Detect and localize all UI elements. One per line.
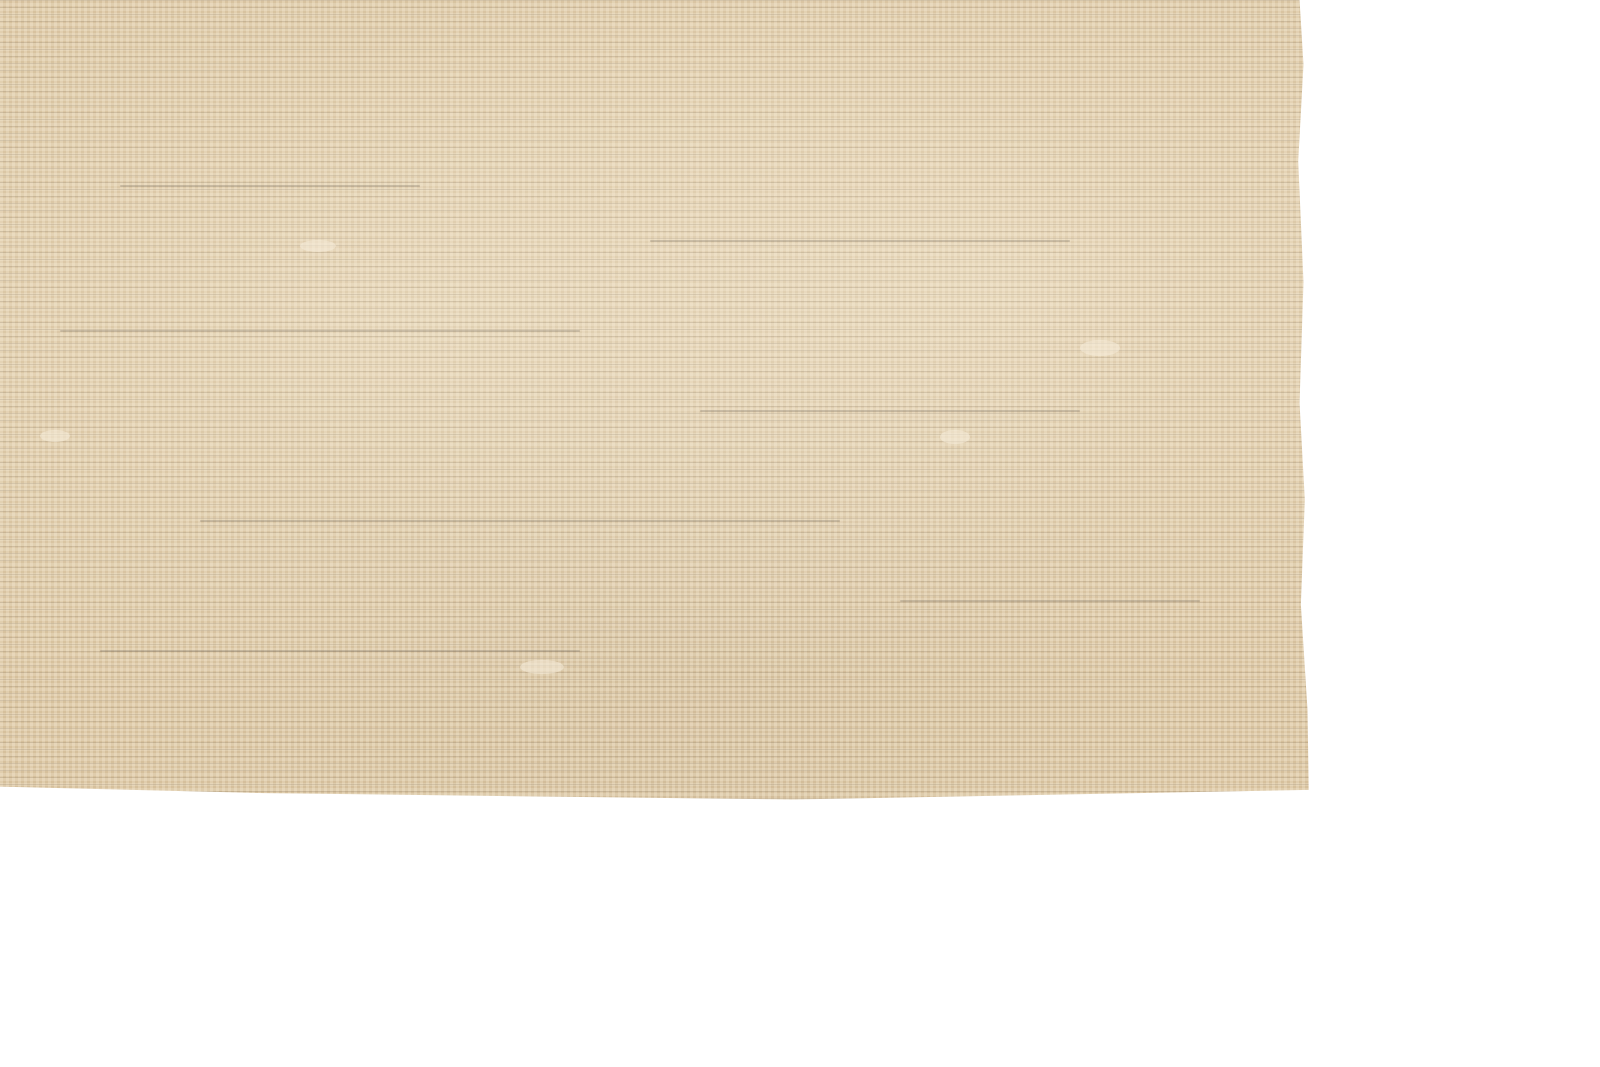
weave-streak: [200, 520, 840, 522]
fiber-fleck: [940, 430, 970, 444]
fiber-fleck: [40, 430, 70, 442]
woven-textile: [0, 0, 1322, 806]
fiber-fleck: [520, 660, 564, 674]
weave-streak: [120, 185, 420, 187]
weave-streak: [900, 600, 1200, 602]
fiber-fleck: [1080, 340, 1120, 356]
weave-streak: [60, 330, 580, 332]
photo-scene: [0, 0, 1600, 1067]
weave-streak: [100, 650, 580, 652]
fiber-fleck: [300, 240, 336, 252]
weave-streak: [650, 240, 1070, 242]
weave-streak: [700, 410, 1080, 412]
